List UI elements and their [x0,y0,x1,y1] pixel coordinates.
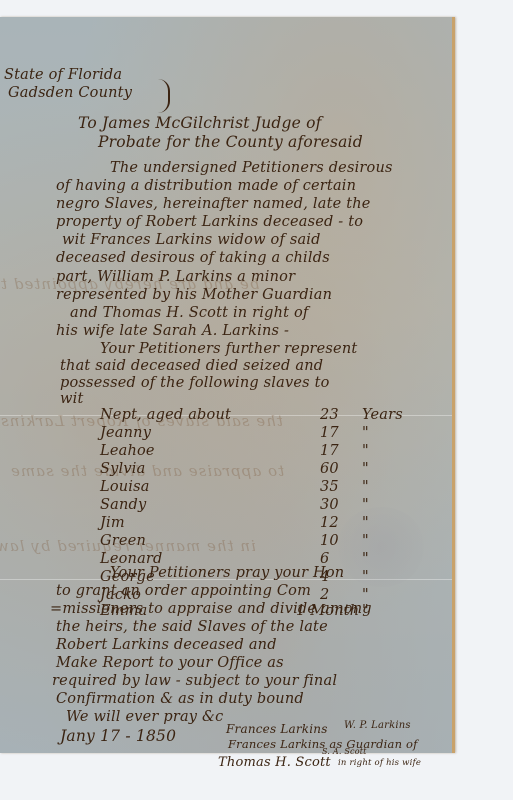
prayer-line: Your Petitioners pray your Hon [110,565,344,581]
list-unit: " [362,461,369,477]
list-unit: " [362,551,369,567]
list-row: Sylvia 60 " [100,461,390,477]
prayer-line: Make Report to your Office as [56,655,284,671]
list-age: 60 [320,461,339,477]
body-line: The undersigned Petitioners desirous [110,160,393,176]
body-line: wit [60,391,83,407]
list-name: Jim [100,515,125,531]
body-line: property of Robert Larkins deceased - to [56,214,363,230]
list-row: Green 10 " [100,533,390,549]
list-row: Louisa 35 " [100,479,390,495]
body-line: Your Petitioners further represent [100,341,357,357]
list-age: 17 [320,443,339,459]
address-line-1: To James McGilchrist Judge of [78,114,322,132]
heading-county: Gadsden County [8,85,132,101]
list-row: Jim 12 " [100,515,390,531]
list-unit: Years [362,407,403,423]
list-unit: " [362,443,369,459]
prayer-line: We will ever pray &c [66,709,223,725]
list-name: Sandy [100,497,146,513]
list-row: Jeanny 17 " [100,425,390,441]
list-name: Leahoe [100,443,155,459]
list-age: 10 [320,533,339,549]
body-line: negro Slaves, hereinafter named, late th… [56,196,371,212]
list-name: Nept, aged about [100,407,231,423]
list-age: 23 [320,407,339,423]
address-line-2: Probate for the County aforesaid [98,133,363,151]
prayer-line: =missioners to appraise and divide among [50,601,372,617]
prayer-line: required by law - subject to your final [52,673,337,689]
prayer-line: Confirmation & as in duty bound [56,691,304,707]
prayer-line: Robert Larkins deceased and [56,637,277,653]
heading-state: State of Florida [4,67,122,83]
manuscript-page: be and are hereby appointed to the said … [0,17,455,753]
body-line: represented by his Mother Guardian [56,287,332,303]
body-line: wit Frances Larkins widow of said [62,232,321,248]
list-age: 17 [320,425,339,441]
body-line: his wife late Sarah A. Larkins - [56,323,289,339]
list-unit: " [362,515,369,531]
list-unit: " [362,569,369,585]
list-age: 12 [320,515,339,531]
list-age: 35 [320,479,339,495]
body-line: possessed of the following slaves to [60,375,330,391]
signature-thomas-scott: Thomas H. Scott [218,755,331,770]
body-line: and Thomas H. Scott in right of [70,305,308,321]
petition-date: Jany 17 - 1850 [60,727,176,745]
list-age: 30 [320,497,339,513]
list-row: Leahoe 17 " [100,443,390,459]
body-line: of having a distribution made of certain [56,178,356,194]
list-name: Green [100,533,146,549]
list-unit: " [362,479,369,495]
list-name: Jeanny [100,425,151,441]
body-line: deceased desirous of taking a childs [56,250,330,266]
signature-brace-note: W. P. Larkins [344,720,411,731]
list-unit: " [362,533,369,549]
signature-frances-larkins: Frances Larkins [226,722,328,736]
body-line: that said deceased died seized and [60,358,323,374]
list-name: Sylvia [100,461,145,477]
list-unit: " [362,425,369,441]
prayer-line: the heirs, the said Slaves of the late [56,619,328,635]
list-row: Nept, aged about 23 Years [100,407,390,423]
list-unit: " [362,497,369,513]
prayer-line: to grant an order appointing Com [56,583,311,599]
heading-brace [150,79,170,113]
list-row: Sandy 30 " [100,497,390,513]
body-line: part, William P. Larkins a minor [56,269,295,285]
signature-trailing-note: in right of his wife [338,758,421,768]
list-name: Louisa [100,479,150,495]
